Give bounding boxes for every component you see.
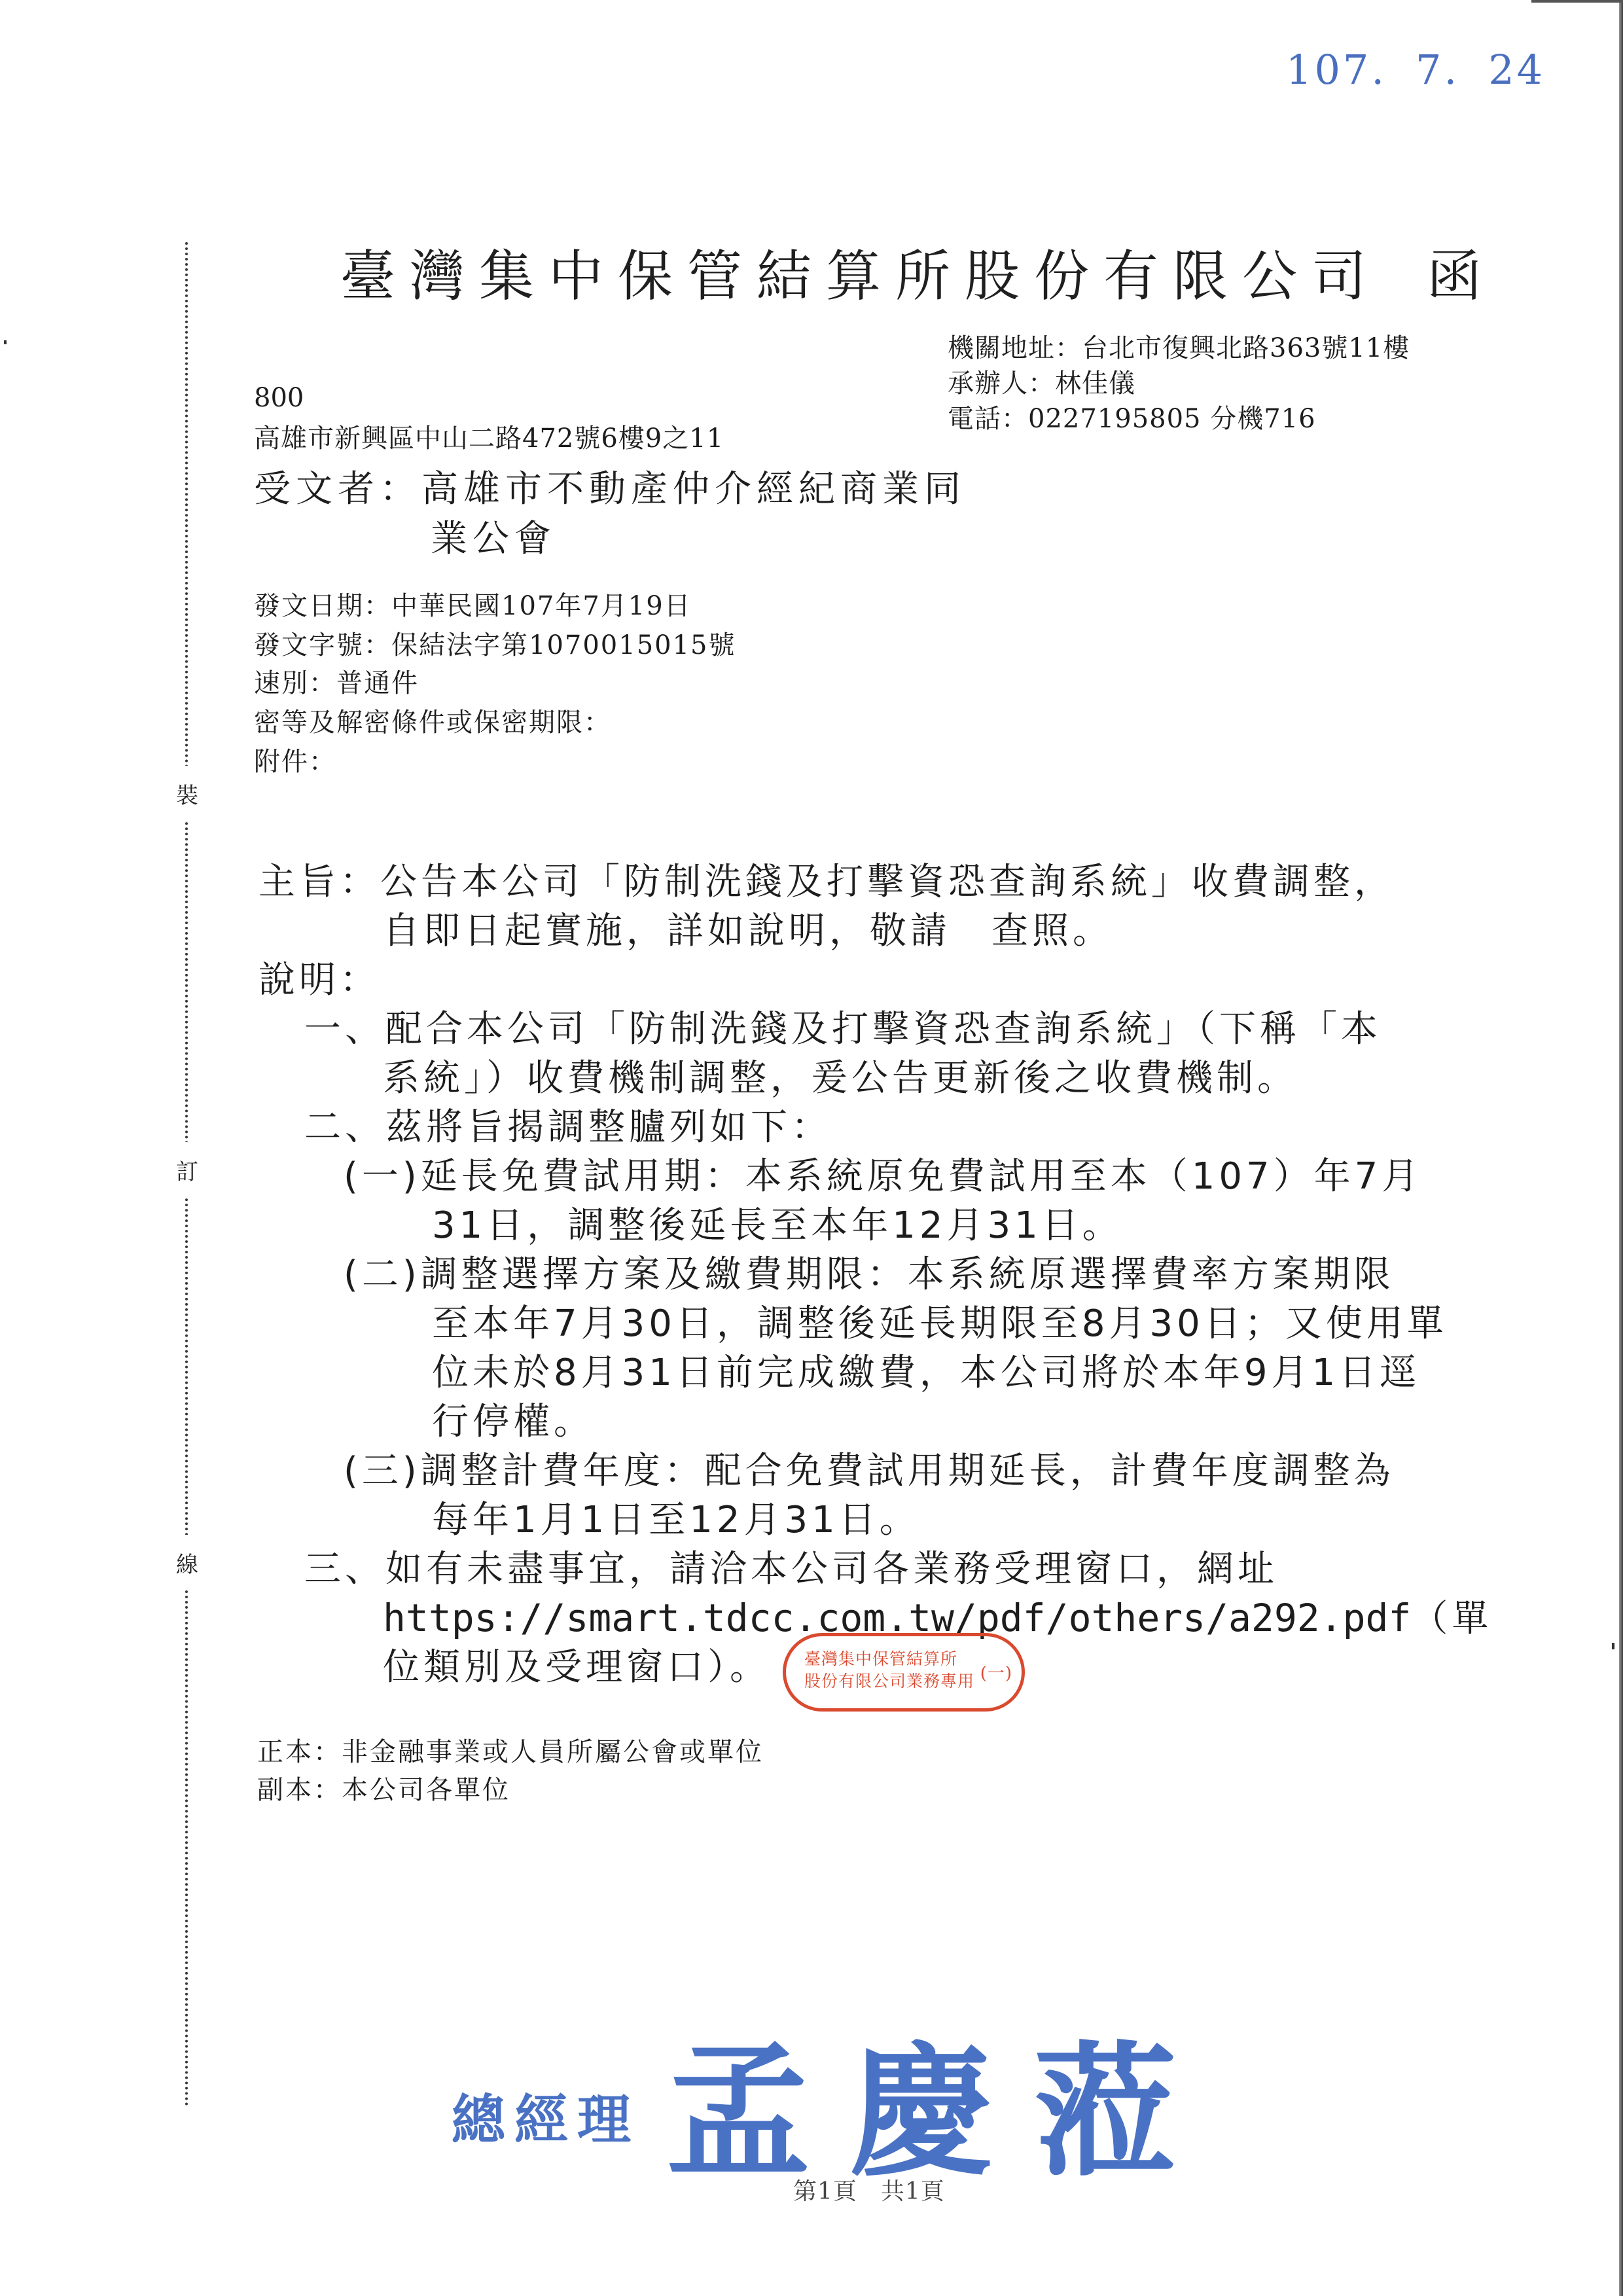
subitem-text: 調整選擇方案及繳費期限：本系統原選擇費率方案期限 [421,1253,1395,1296]
binding-mark-xian: 線 [171,1535,203,1590]
item-3-line-1: 三、如有未盡事宜，請洽本公司各業務受理窗口，網址 [259,1545,1489,1594]
subitem-3-line-2: 每年1月1日至12月31日。 [259,1496,1489,1545]
subitem-text: 延長免費試用期：本系統原免費試用至本（107）年7月 [421,1155,1423,1198]
stamp-year: 107. [1286,46,1387,94]
subitem-marker: (一) [344,1155,421,1198]
subitem-marker: (三) [344,1450,421,1492]
signatory-name: 孟慶蒞 [666,2028,1216,2196]
binding-mark-ding: 訂 [171,1142,203,1198]
scan-speck [1612,1643,1614,1649]
stamp-month: 7. [1416,46,1459,94]
document-type: 函 [1427,244,1496,308]
item-marker: 三、 [304,1548,385,1590]
item-text: 茲將旨揭調整臚列如下： [385,1106,832,1149]
subitem-2-line-1: (二)調整選擇方案及繳費期限：本系統原選擇費率方案期限 [259,1250,1489,1299]
subitem-1-line-2: 31日，調整後延長至本年12月31日。 [259,1201,1489,1250]
subject-label: 主旨： [259,861,380,903]
subitem-marker: (二) [344,1253,421,1296]
copy-recipients: 副本：本公司各單位 [257,1771,764,1809]
binding-mark-zhuang: 裝 [171,766,203,821]
recipient: 受文者：高雄市不動產仲介經紀商業同 業公會 [254,465,966,564]
company-seal: 臺灣集中保管結算所 股份有限公司業務專用 (一) [783,1633,1025,1712]
subitem-1-line-1: (一)延長免費試用期：本系統原免費試用至本（107）年7月 [259,1152,1489,1201]
scan-edge-top [1531,0,1623,3]
item-2-line-1: 二、茲將旨揭調整臚列如下： [259,1103,1489,1152]
subject-text: 公告本公司「防制洗錢及打擊資恐查詢系統」收費調整， [380,861,1395,903]
sender-address: 機關地址：台北市復興北路363號11樓 [948,331,1410,366]
stamp-day: 24 [1488,46,1545,94]
organization-name: 臺灣集中保管結算所股份有限公司 [340,244,1381,308]
item-text: 配合本公司「防制洗錢及打擊資恐查詢系統」（下稱「本 [385,1008,1382,1050]
document-title: 臺灣集中保管結算所股份有限公司函 [340,232,1496,312]
recipient-name-line2: 業公會 [254,514,966,564]
signature-block: 總經理孟慶蒞 [452,1996,1216,2203]
sender-info: 機關地址：台北市復興北路363號11樓 承辦人：林佳儀 電話：022719580… [948,331,1410,437]
item-1-line-1: 一、配合本公司「防制洗錢及打擊資恐查詢系統」（下稱「本 [259,1005,1489,1054]
subitem-text: 調整計費年度：配合免費試用期延長，計費年度調整為 [421,1450,1395,1492]
subitem-3-line-1: (三)調整計費年度：配合免費試用期延長，計費年度調整為 [259,1446,1489,1496]
url-suffix: （單 [1411,1598,1492,1640]
recipient-label: 受文者： [254,468,421,511]
sender-phone: 電話：0227195805 分機716 [948,401,1410,437]
item-text: 如有未盡事宜，請洽本公司各業務受理窗口，網址 [385,1548,1278,1590]
document-body: 主旨：公告本公司「防制洗錢及打擊資恐查詢系統」收費調整， 自即日起實施，詳如說明… [259,857,1489,1692]
subject-line-1: 主旨：公告本公司「防制洗錢及打擊資恐查詢系統」收費調整， [259,857,1489,906]
explanation-label: 說明： [259,956,1489,1005]
received-date-stamp: 107.7.24 [1286,46,1574,94]
subitem-2-line-4: 行停權。 [259,1397,1489,1446]
issue-date: 發文日期：中華民國107年7月19日 [254,586,736,626]
confidentiality: 密等及解密條件或保密期限： [254,702,736,743]
scan-speck [4,340,7,344]
page-total: 共1頁 [881,2178,945,2205]
urgency: 速別：普通件 [254,664,736,702]
item-marker: 二、 [304,1106,385,1149]
sender-contact: 承辦人：林佳儀 [948,366,1410,401]
subject-line-2: 自即日起實施，詳如說明，敬請 查照。 [259,906,1489,956]
signatory-title: 總經理 [452,2089,640,2151]
page-current: 第1頁 [793,2178,857,2205]
seal-suffix: (一) [980,1662,1012,1685]
subitem-2-line-3: 位未於8月31日前完成繳費，本公司將於本年9月1日逕 [259,1348,1489,1397]
attachment: 附件： [254,743,736,781]
item-1-line-2: 系統」）收費機制調整，爰公告更新後之收費機制。 [259,1054,1489,1103]
recipient-postal-code: 800 [254,383,304,413]
primary-recipients: 正本：非金融事業或人員所屬公會或單位 [257,1733,764,1771]
document-meta: 發文日期：中華民國107年7月19日 發文字號：保結法字第1070015015號… [254,586,736,781]
scan-edge [1619,0,1623,2296]
recipient-address: 高雄市新興區中山二路472號6樓9之11 [254,418,724,455]
recipient-name-line1: 高雄市不動產仲介經紀商業同 [421,468,966,511]
subitem-2-line-2: 至本年7月30日，調整後延長期限至8月30日；又使用單 [259,1299,1489,1348]
distribution-list: 正本：非金融事業或人員所屬公會或單位 副本：本公司各單位 [257,1733,764,1809]
item-marker: 一、 [304,1008,385,1050]
official-letter-page: 107.7.24 裝 訂 線 臺灣集中保管結算所股份有限公司函 機關地址：台北市… [0,0,1623,2296]
document-number: 發文字號：保結法字第1070015015號 [254,626,736,664]
page-number: 第1頁共1頁 [793,2173,945,2206]
